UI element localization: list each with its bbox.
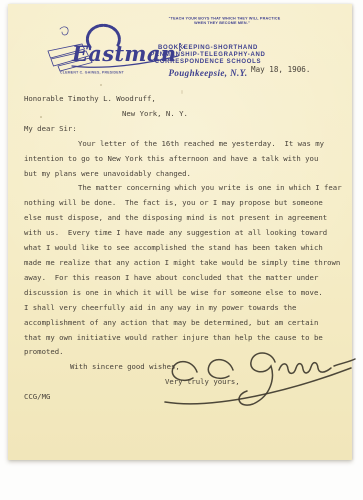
scan-background: "TEACH YOUR BOYS THAT WHICH THEY WILL PR…: [0, 0, 363, 500]
dept-line-3: CORRESPONDENCE SCHOOLS: [148, 59, 268, 66]
letter-date: May 18, 1906.: [251, 65, 310, 74]
salutation: My dear Sir:: [24, 122, 344, 137]
president-line: CLEMENT C. GAINES, PRESIDENT: [60, 71, 124, 74]
reference-initials: CCG/MG: [24, 390, 50, 405]
paper-speck: [100, 84, 102, 86]
recipient-line-2: New York, N. Y.: [122, 107, 344, 122]
dept-line-1: BOOKKEEPING-SHORTHAND: [148, 45, 268, 52]
city-line: Poughkeepsie, N.Y.: [148, 68, 268, 78]
school-department-block: BOOKKEEPING-SHORTHAND PENMANSHIP-TELEGRA…: [148, 45, 268, 78]
dept-line-2: PENMANSHIP-TELEGRAPHY-AND: [148, 52, 268, 59]
paragraph-2: The matter concerning which you write is…: [24, 181, 344, 360]
paragraph-1: Your letter of the 16th reached me yeste…: [24, 137, 344, 182]
signature-script: C. C. Gaines: [153, 338, 358, 416]
recipient-line-1: Honorable Timothy L. Woodruff,: [24, 92, 344, 107]
letter-paper: "TEACH YOUR BOYS THAT WHICH THEY WILL PR…: [8, 4, 352, 460]
